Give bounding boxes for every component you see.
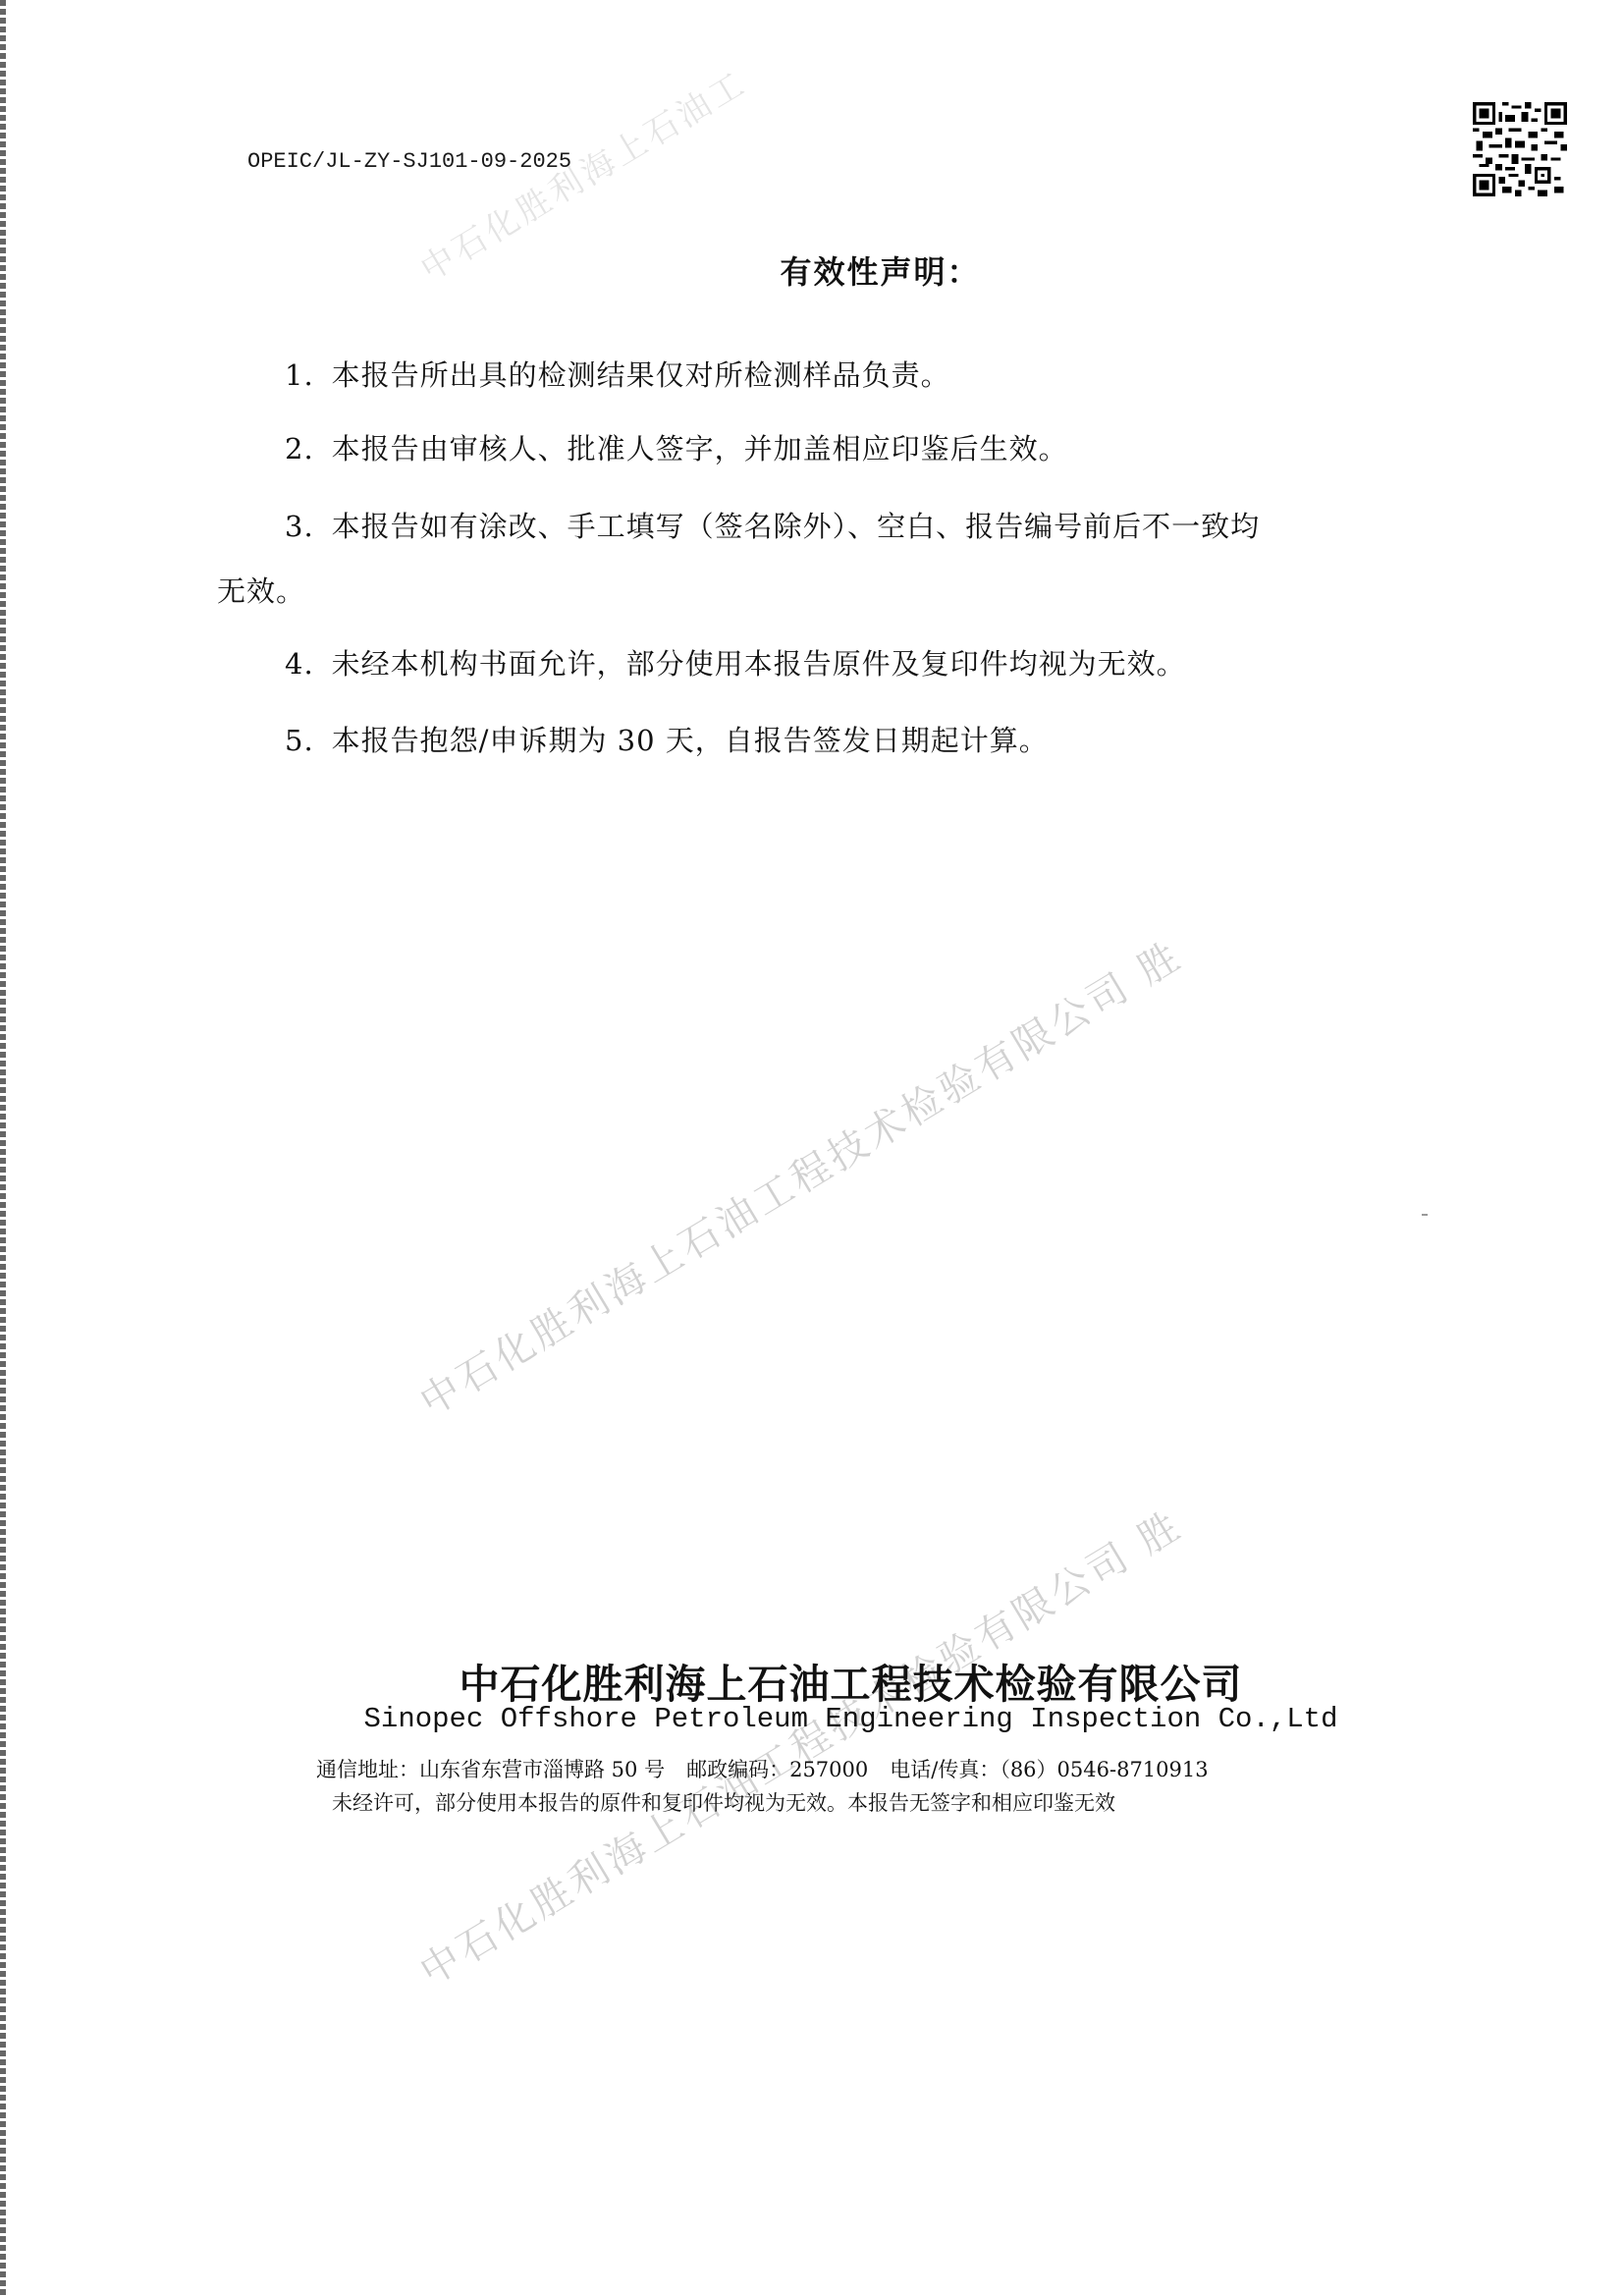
item-text: 本报告如有涂改、手工填写（签名除外）、空白、报告编号前后不一致均 xyxy=(332,510,1261,543)
item-number: 3. xyxy=(285,510,314,543)
item-text: 本报告所出具的检测结果仅对所检测样品负责。 xyxy=(332,358,950,392)
page-title: 有效性声明： xyxy=(0,247,1623,293)
footer-disclaimer: 未经许可，部分使用本报告的原件和复印件均视为无效。本报告无签字和相应印鉴无效 xyxy=(332,1787,1115,1817)
company-name-cn: 中石化胜利海上石油工程技术检验有限公司 xyxy=(0,1652,1623,1710)
company-name-en: Sinopec Offshore Petroleum Engineering I… xyxy=(0,1703,1623,1735)
statement-item: 4.未经本机构书面允许，部分使用本报告原件及复印件均视为无效。 xyxy=(285,642,1186,685)
item-number: 1. xyxy=(285,358,314,392)
statement-item-continuation: 无效。 xyxy=(217,570,305,613)
scan-edge-artifact xyxy=(0,0,6,2296)
item-number: 5. xyxy=(285,724,314,757)
statement-item: 2.本报告由审核人、批准人签字，并加盖相应印鉴后生效。 xyxy=(285,427,1068,470)
document-code: OPEIC/JL-ZY-SJ101-09-2025 xyxy=(247,149,571,174)
scan-speck xyxy=(1422,1214,1428,1216)
item-text: 本报告抱怨/申诉期为 30 天，自报告签发日期起计算。 xyxy=(332,724,1049,757)
address: 通信地址：山东省东营市淄博路 50 号 xyxy=(316,1758,665,1781)
statement-item: 3.本报告如有涂改、手工填写（签名除外）、空白、报告编号前后不一致均 xyxy=(285,505,1260,548)
contact-info: 通信地址：山东省东营市淄博路 50 号邮政编码：257000电话/传真：（86）… xyxy=(316,1754,1230,1783)
item-number: 4. xyxy=(285,647,314,681)
postcode: 邮政编码：257000 xyxy=(686,1758,868,1781)
phone-fax: 电话/传真：（86）0546-8710913 xyxy=(890,1758,1208,1781)
watermark-text: 中石化胜利海上石油工程技术检验有限公司 胜 xyxy=(407,925,1191,1427)
watermark-text: 中石化胜利海上石油工程技术检验有限公司 胜 xyxy=(407,1495,1191,1996)
statement-item: 1.本报告所出具的检测结果仅对所检测样品负责。 xyxy=(285,354,950,397)
item-text: 本报告由审核人、批准人签字，并加盖相应印鉴后生效。 xyxy=(332,432,1068,465)
qr-code-icon xyxy=(1473,102,1567,196)
item-number: 2. xyxy=(285,432,314,465)
statement-item: 5.本报告抱怨/申诉期为 30 天，自报告签发日期起计算。 xyxy=(285,719,1049,762)
item-text: 未经本机构书面允许，部分使用本报告原件及复印件均视为无效。 xyxy=(332,647,1186,681)
